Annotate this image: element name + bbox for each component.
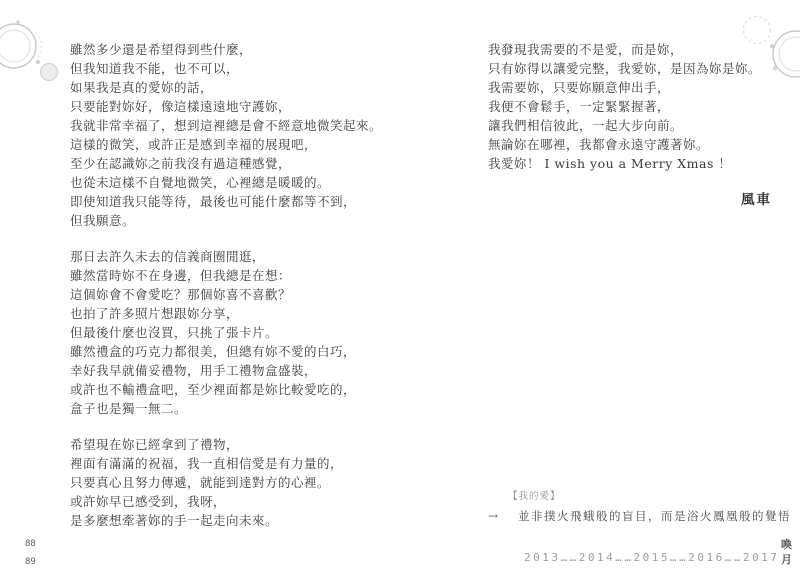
text-line: 盒子也是獨一無二。 bbox=[70, 399, 400, 418]
text-line: 我便不會鬆手，一定緊緊握著， bbox=[488, 97, 772, 116]
text-line: 那日去許久未去的信義商圈閒逛， bbox=[70, 247, 400, 266]
text-line: 至少在認識妳之前我沒有過這種感覺， bbox=[70, 154, 400, 173]
paragraph: 我發現我需要的不是愛，而是妳， 只有妳得以讓愛完整，我愛妳，是因為妳是妳。 我需… bbox=[488, 40, 772, 173]
text-line: 幸好我早就備妥禮物，用手工禮物盒盛裝， bbox=[70, 361, 400, 380]
imprint-char: 喚 bbox=[781, 537, 792, 552]
text-line: 這樣的微笑，或許正是感到幸福的展現吧， bbox=[70, 135, 400, 154]
text-line: 裡面有滿滿的祝福，我一直相信愛是有力量的， bbox=[70, 454, 400, 473]
page-number: 88 bbox=[25, 535, 36, 553]
text-line: 如果我是真的愛妳的話， bbox=[70, 78, 400, 97]
paragraph: 雖然多少還是希望得到些什麼， 但我知道我不能，也不可以， 如果我是真的愛妳的話，… bbox=[70, 40, 400, 230]
paragraph: 希望現在妳已經拿到了禮物， 裡面有滿滿的祝福，我一直相信愛是有力量的， 只要真心… bbox=[70, 435, 400, 530]
text-line: 但我願意。 bbox=[70, 211, 400, 230]
imprint-char: 月 bbox=[781, 552, 792, 567]
text-line: 只要能對妳好，像這樣遠遠地守護妳， bbox=[70, 97, 400, 116]
author-signature: 風車 bbox=[488, 191, 772, 210]
footer-quote-row: → 並非撲火飛蛾般的盲目，而是浴火鳳凰般的覺悟 bbox=[488, 508, 791, 524]
text-line: 我就非常幸福了，想到這裡總是會不經意地微笑起來。 bbox=[70, 116, 400, 135]
text-line: 這個妳會不會愛吃？那個妳喜不喜歡？ bbox=[70, 285, 400, 304]
text-line: 或許妳早已感受到，我呀， bbox=[70, 492, 400, 511]
text-line: 雖然禮盒的巧克力都很美，但總有妳不愛的白巧， bbox=[70, 342, 400, 361]
section-label: 【我的愛】 bbox=[508, 488, 561, 502]
text-line: 但我知道我不能，也不可以， bbox=[70, 59, 400, 78]
text-line: 希望現在妳已經拿到了禮物， bbox=[70, 435, 400, 454]
footer-quote-text: 並非撲火飛蛾般的盲目，而是浴火鳳凰般的覺悟 bbox=[518, 508, 791, 524]
years-timeline: 2013……2014……2015……2016……2017 bbox=[524, 551, 779, 564]
corner-circles-ornament-left bbox=[0, 14, 72, 92]
text-line: 雖然當時妳不在身邊，但我總是在想： bbox=[70, 266, 400, 285]
text-line: 讓我們相信彼此，一起大步向前。 bbox=[488, 116, 772, 135]
text-line: 也拍了許多照片想跟妳分享， bbox=[70, 304, 400, 323]
text-line: 只要真心且努力傳遞，就能到達對方的心裡。 bbox=[70, 473, 400, 492]
text-line: 也從未這樣不自覺地微笑，心裡總是暖暖的。 bbox=[70, 173, 400, 192]
paragraph: 那日去許久未去的信義商圈閒逛， 雖然當時妳不在身邊，但我總是在想： 這個妳會不會… bbox=[70, 247, 400, 418]
text-line: 只有妳得以讓愛完整，我愛妳，是因為妳是妳。 bbox=[488, 59, 772, 78]
book-spread: { "colors": { "text": "#3b3b3b", "orname… bbox=[0, 0, 800, 585]
text-line: 是多麼想牽著妳的手一起走向未來。 bbox=[70, 511, 400, 530]
imprint-vertical-title: 喚 月 bbox=[781, 537, 792, 567]
text-line: 無論妳在哪裡，我都會永遠守護著妳。 bbox=[488, 135, 772, 154]
left-page-text: 雖然多少還是希望得到些什麼， 但我知道我不能，也不可以， 如果我是真的愛妳的話，… bbox=[70, 40, 400, 547]
arrow-icon: → bbox=[488, 509, 518, 523]
text-line: 我需要妳，只要妳願意伸出手， bbox=[488, 78, 772, 97]
right-page-text: 我發現我需要的不是愛，而是妳， 只有妳得以讓愛完整，我愛妳，是因為妳是妳。 我需… bbox=[488, 40, 772, 210]
text-line: 雖然多少還是希望得到些什麼， bbox=[70, 40, 400, 59]
text-line: 但最後什麼也沒買，只挑了張卡片。 bbox=[70, 323, 400, 342]
page-numbers: 88 89 bbox=[25, 535, 36, 571]
page-number: 89 bbox=[25, 553, 36, 571]
text-line: 或許也不輸禮盒吧，至少裡面都是妳比較愛吃的， bbox=[70, 380, 400, 399]
text-line: 我愛妳！ I wish you a Merry Xmas ！ bbox=[488, 154, 772, 173]
text-line: 即使知道我只能等待，最後也可能什麼都等不到， bbox=[70, 192, 400, 211]
text-line: 我發現我需要的不是愛，而是妳， bbox=[488, 40, 772, 59]
